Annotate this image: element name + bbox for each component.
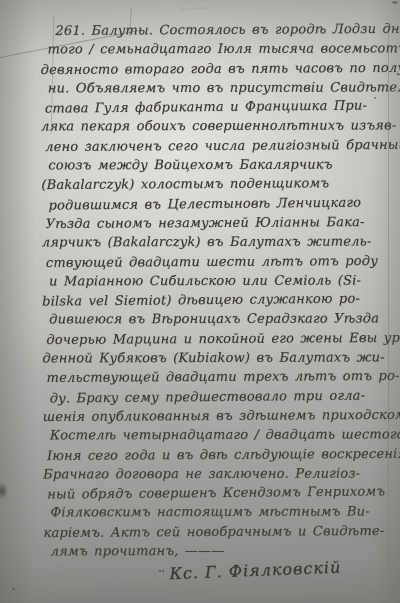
manuscript-line: (Bakalarczyk) холостымъ поденщикомъ — [41, 174, 399, 195]
photo-speck — [88, 143, 90, 145]
manuscript-line: Костелѣ четырнадцатаго / двадцать шестог… — [50, 426, 400, 446]
manuscript-line: тельствующей двадцати трехъ лѣтъ отъ ро- — [46, 367, 400, 388]
manuscript-line: дочерью Марцина и покойной его жены Евы … — [46, 329, 400, 350]
manuscript-line: того / семьнадцатаго Іюля тысяча восемьс… — [47, 40, 398, 60]
manuscript-line: ни. Объявляемъ что въ присутствіи Свидѣт… — [48, 78, 399, 98]
archive-stamp: ′·′′ ·′· ′′·′ ·–·· ·–·–· — [180, 1, 211, 12]
manuscript-line: и Маріанною Сибильскою или Семіоль (Si- — [49, 271, 400, 291]
manuscript-line: 261. Балуты. Состоялось въ городѣ Лодзи … — [55, 20, 398, 41]
manuscript-line: Уѣзда сыномъ незамужней Юліанны Бака- — [46, 213, 400, 234]
manuscript-line: денной Кубяковъ (Kubiakow) въ Балутахъ ж… — [42, 348, 400, 368]
manuscript-line: ду. Браку сему предшествовало три огла- — [50, 386, 400, 409]
manuscript-line: каріемъ. Актъ сей новобрачнымъ и Свидѣте… — [43, 521, 400, 542]
signature-dash: ·· — [158, 564, 165, 579]
ink-smudge — [0, 482, 8, 500]
manuscript-lines: 261. Балуты. Состоялось въ городѣ Лодзи … — [0, 20, 400, 563]
photo-speck — [374, 97, 376, 99]
manuscript-line: шенія опубликованныя въ здѣшнемъ приходс… — [43, 406, 400, 427]
photo-speck — [12, 588, 15, 590]
archive-stamp-line: ·–·· ·–·–· — [180, 6, 211, 12]
document-photo: ′·′′ ·′· ′′·′ ·–·· ·–·–· 261. Балуты. Со… — [0, 0, 400, 603]
manuscript-line: Фіялковскимъ настоящимъ мѣстнымъ Ви- — [50, 503, 400, 523]
photo-speck — [392, 1, 398, 4]
manuscript-line: лярчикъ (Bakalarczyk) въ Балутахъ житель… — [42, 233, 400, 253]
manuscript-line: девяносто втораго года въ пять часовъ по… — [41, 58, 399, 79]
manuscript-line: ствующей двадцати шести лѣтъ отъ роду — [46, 251, 400, 272]
manuscript-line: Брачнаго договора не заключено. Религіоз… — [43, 464, 400, 484]
manuscript-line: лено заключенъ сего числа религіозный бр… — [45, 136, 399, 157]
manuscript-line: союзъ между Войцехомъ Бакалярчикъ — [48, 155, 399, 175]
manuscript-line: Іюня сего года и въ двѣ слѣдующіе воскре… — [47, 444, 400, 465]
manuscript-line: лямъ прочитанъ, ——— — [51, 541, 400, 561]
manuscript-line: дившеюся въ Вѣроницахъ Серадзкаго Уѣзда — [49, 310, 400, 330]
manuscript-line: ляка пекаря обоихъ совершеннолѣтнихъ изъ… — [41, 117, 399, 137]
manuscript-line: родившимся въ Целестыновѣ Ленчицкаго — [48, 193, 399, 216]
